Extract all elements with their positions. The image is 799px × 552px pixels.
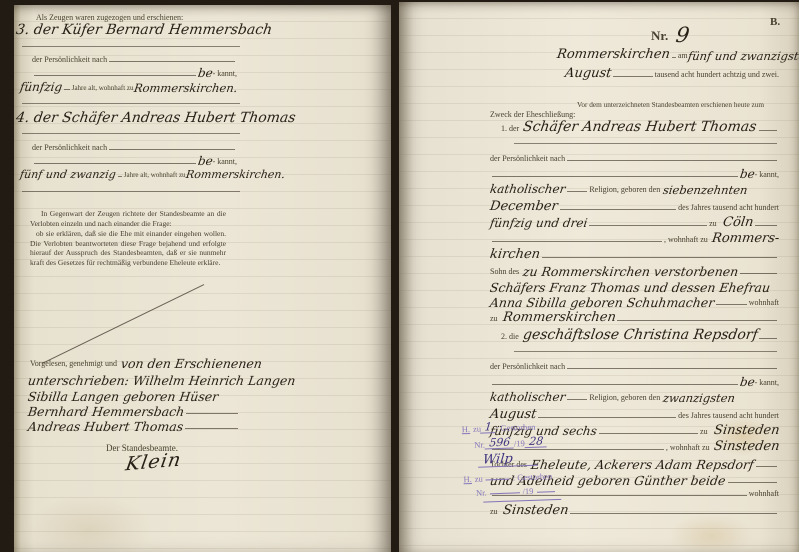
zu-label: zu bbox=[490, 314, 498, 325]
entry-line bbox=[740, 273, 777, 274]
groom-birth-year-words: fünfzig und drei bbox=[489, 217, 588, 230]
witness4-name-line: 4. der Schäfer Andreas Hubert Thomas bbox=[16, 111, 295, 126]
groom-residence-part1: Rommers- bbox=[711, 232, 780, 246]
signature-line: Bernhard Hemmersbach bbox=[28, 405, 240, 418]
groom-parents-row-4: zu Rommerskirchen bbox=[490, 311, 779, 325]
entry-line bbox=[22, 191, 240, 192]
persoenlichkeit-label: der Persönlichkeit nach bbox=[32, 55, 107, 66]
entry-line bbox=[716, 304, 746, 305]
entry-line bbox=[542, 257, 777, 258]
groom-residence-part2: kirchen bbox=[489, 248, 541, 262]
groom-bekannt-row: be - kannt, bbox=[490, 168, 779, 181]
bride-bekannt-row: be - kannt, bbox=[490, 376, 779, 389]
record-number-row: Nr. 9 bbox=[651, 24, 690, 46]
entry-line bbox=[589, 225, 707, 226]
stamp-zu-label: zu bbox=[475, 474, 483, 484]
entry-line bbox=[64, 89, 70, 90]
groom-parents-text-2: Schäfers Franz Thomas und dessen Ehefrau bbox=[489, 281, 771, 294]
groom-birth-year-row: fünfzig und drei zu Cöln bbox=[490, 216, 779, 230]
signature-langen-sibilla: Sibilla Langen geboren Hüser bbox=[27, 390, 219, 403]
signature-line: Andreas Hubert Thomas bbox=[28, 420, 240, 433]
groom-religion-row: katholischer Religion, geboren den siebe… bbox=[490, 183, 779, 196]
stamp-signature: Wilp bbox=[478, 452, 539, 468]
zu-label: zu bbox=[700, 427, 708, 438]
stamp-event-label: : Gestorben bbox=[496, 422, 536, 433]
entry-line bbox=[118, 176, 122, 177]
signature-line: Sibilla Langen geboren Hüser bbox=[28, 390, 218, 403]
margin-reference-stamp: H. zu 1 : Gestorben Nr. 596 /19 28 Wilp … bbox=[462, 418, 595, 510]
stamp-blank-line bbox=[483, 499, 561, 503]
bekannt-handwritten: be bbox=[197, 155, 214, 168]
right-page: B. Nr. 9 Rommerskirchen am fünf und zwan… bbox=[399, 2, 799, 552]
stamp-event-label: : Gestorben bbox=[513, 471, 553, 482]
stamp-blank-line bbox=[486, 479, 510, 481]
kannt-label: - kannt, bbox=[755, 378, 779, 389]
religion-suffix-label: Religion, geboren den bbox=[589, 185, 660, 196]
witness3-name: 3. der Küfer Bernard Hemmersbach bbox=[15, 23, 273, 38]
closing-handwritten: von den Erschienenen bbox=[120, 357, 263, 370]
witness4-persoenlichkeit-row: der Persönlichkeit nach bbox=[32, 143, 237, 154]
date-row-1: Rommerskirchen am fünf und zwanzigsten bbox=[557, 48, 779, 62]
am-label: am bbox=[678, 51, 688, 62]
stamp-row-1: H. zu 1 : Gestorben bbox=[462, 418, 592, 435]
witness4-age: fünf und zwanzig bbox=[19, 169, 116, 181]
left-page: Als Zeugen waren zugezogen und erschiene… bbox=[14, 5, 391, 552]
groom-name-row: 1. der Schäfer Andreas Hubert Thomas bbox=[501, 120, 779, 135]
record-month: August bbox=[564, 67, 612, 81]
entry-line bbox=[538, 417, 676, 418]
bekannt-handwritten: be bbox=[739, 168, 756, 181]
record-day: fünf und zwanzigsten bbox=[687, 50, 799, 62]
record-number-value: 9 bbox=[675, 24, 691, 46]
groom-persoenlichkeit-row: der Persönlichkeit nach bbox=[490, 154, 779, 165]
stamp-year-value: 28 bbox=[524, 435, 547, 448]
wohnhaft-label: wohnhaft bbox=[749, 489, 779, 500]
bride-name-row: 2. die geschäftslose Christina Repsdorf bbox=[501, 328, 779, 343]
intro-line-1: Vor dem unterzeichneten Standesbeamten e… bbox=[577, 100, 764, 111]
declaration-paragraph-2: ob sie erklären, daß sie die Ehe mit ein… bbox=[30, 229, 226, 267]
closing-printed: Vorgelesen, genehmigt und bbox=[30, 359, 117, 370]
entry-line bbox=[186, 413, 238, 414]
bride-birth-place: Sinsteden bbox=[713, 424, 780, 438]
witness3-age-row: fünfzig Jahre alt, wohnhaft zu Rommerski… bbox=[20, 81, 237, 94]
entry-line bbox=[109, 149, 235, 150]
kannt-label: - kannt, bbox=[213, 69, 237, 80]
stamp-entry-number: 1 bbox=[480, 421, 496, 434]
groom-residence-row-2: kirchen bbox=[490, 248, 779, 262]
stamp-blank-line bbox=[490, 492, 520, 494]
witness3-residence: Rommerskirchen. bbox=[133, 82, 238, 94]
stamp-row-6 bbox=[480, 498, 594, 506]
entry-line bbox=[617, 320, 777, 321]
persoenlichkeit-label: der Persönlichkeit nach bbox=[490, 362, 565, 373]
entry-line bbox=[492, 384, 738, 385]
entry-line bbox=[567, 191, 587, 192]
stamp-row-2: Nr. 596 /19 28 bbox=[474, 434, 592, 450]
stamp-nr-label: Nr. bbox=[476, 487, 487, 497]
entry-line bbox=[34, 163, 196, 164]
zu-label: zu bbox=[709, 219, 717, 230]
age-suffix-label: Jahre alt, wohnhaft zu bbox=[124, 171, 186, 181]
entry-line bbox=[514, 143, 777, 144]
birth-year-prefix-label: des Jahres tausend acht hundert bbox=[678, 411, 779, 422]
witness4-residence: Rommerskirchen. bbox=[185, 169, 286, 181]
entry-line bbox=[755, 225, 777, 226]
form-letter-row: B. bbox=[770, 16, 780, 30]
stamp-slash19-label: /19 bbox=[514, 438, 525, 448]
declaration-paragraph-1: In Gegenwart der Zeugen richtete der Sta… bbox=[30, 209, 226, 228]
stamp-row-3: Wilp bbox=[479, 450, 593, 468]
bride-index-label: 2. die bbox=[501, 332, 519, 343]
cancellation-stroke bbox=[42, 284, 204, 364]
entry-line bbox=[560, 209, 676, 210]
stamp-h-label: H. bbox=[462, 424, 471, 434]
bride-name: geschäftslose Christina Repsdorf bbox=[522, 328, 759, 343]
groom-parents-residence: Rommerskirchen bbox=[502, 311, 617, 325]
witness4-age-row: fünf und zwanzig Jahre alt, wohnhaft zu … bbox=[20, 169, 237, 181]
bride-birth-day: zwanzigsten bbox=[662, 392, 736, 404]
groom-parents-row-3: Anna Sibilla geboren Schuhmacher wohnhaf… bbox=[490, 296, 779, 309]
age-suffix-label: Jahre alt, wohnhaft zu bbox=[72, 84, 134, 94]
wohnhaft-label: wohnhaft bbox=[749, 298, 779, 309]
bekannt-handwritten: be bbox=[197, 67, 214, 80]
registrar-signature-row: Klein bbox=[126, 453, 181, 473]
entry-line bbox=[567, 160, 777, 161]
witness3-bekannt-row: be - kannt, bbox=[32, 67, 237, 80]
stamp-row-5: Nr. /19 bbox=[476, 484, 594, 498]
intro-row-1: Vor dem unterzeichneten Standesbeamten e… bbox=[577, 100, 764, 111]
witness3-name-line: 3. der Küfer Bernard Hemmersbach bbox=[16, 23, 272, 38]
bride-religion-row: katholischer Religion, geboren den zwanz… bbox=[490, 391, 779, 404]
entry-line bbox=[672, 57, 676, 58]
groom-parents-text-3: Anna Sibilla geboren Schuhmacher bbox=[489, 296, 715, 309]
groom-name: Schäfer Andreas Hubert Thomas bbox=[522, 120, 757, 135]
groom-index-label: 1. der bbox=[501, 124, 519, 135]
entry-line bbox=[567, 399, 587, 400]
signature-thomas: Andreas Hubert Thomas bbox=[27, 420, 184, 433]
bride-persoenlichkeit-row: der Persönlichkeit nach bbox=[490, 362, 779, 373]
wohnhaft-label: , wohnhaft zu bbox=[664, 235, 708, 246]
witness3-persoenlichkeit-row: der Persönlichkeit nach bbox=[32, 55, 237, 66]
stamp-nr-value: 596 bbox=[484, 436, 514, 449]
kannt-label: - kannt, bbox=[213, 157, 237, 168]
entry-line bbox=[728, 482, 777, 483]
bekannt-handwritten: be bbox=[739, 376, 756, 389]
signature-line: unterschrieben: Wilhelm Heinrich Langen bbox=[28, 374, 295, 387]
stamp-blank-line bbox=[536, 491, 554, 493]
entry-line bbox=[492, 241, 662, 242]
form-letter-b: B. bbox=[770, 16, 780, 30]
stamp-slash19-label: /19 bbox=[522, 486, 533, 496]
record-year-printed: tausend acht hundert achtzig und zwei. bbox=[655, 70, 779, 81]
sohn-des-label: Sohn des bbox=[490, 267, 519, 278]
entry-line bbox=[567, 368, 777, 369]
witness4-bekannt-row: be - kannt, bbox=[32, 155, 237, 168]
persoenlichkeit-label: der Persönlichkeit nach bbox=[32, 143, 107, 154]
groom-parents-row-1: Sohn des zu Rommerskirchen verstorbenen bbox=[490, 265, 779, 278]
groom-residence-row-1: , wohnhaft zu Rommers- bbox=[490, 232, 779, 246]
groom-parents-text-1: zu Rommerskirchen verstorbenen bbox=[522, 265, 739, 278]
groom-birth-month: December bbox=[489, 200, 559, 214]
birth-year-prefix-label: des Jahres tausend acht hundert bbox=[678, 203, 779, 214]
witness4-name: 4. der Schäfer Andreas Hubert Thomas bbox=[15, 111, 297, 126]
wohnhaft-label: , wohnhaft zu bbox=[666, 443, 710, 454]
entry-line bbox=[613, 76, 652, 77]
record-place: Rommerskirchen bbox=[556, 48, 671, 62]
signature-hemmersbach: Bernhard Hemmersbach bbox=[27, 405, 185, 418]
entry-line bbox=[492, 176, 738, 177]
stamp-nr-label: Nr. bbox=[474, 439, 485, 449]
entry-line bbox=[599, 433, 698, 434]
religion-suffix-label: Religion, geboren den bbox=[589, 393, 660, 404]
entry-line bbox=[185, 428, 238, 429]
groom-birth-month-row: December des Jahres tausend acht hundert bbox=[490, 200, 779, 214]
entry-line bbox=[22, 133, 240, 134]
entry-line bbox=[22, 103, 240, 104]
record-number-label: Nr. bbox=[651, 28, 668, 46]
entry-line bbox=[109, 61, 235, 62]
entry-line bbox=[570, 513, 777, 514]
kannt-label: - kannt, bbox=[755, 170, 779, 181]
entry-line bbox=[759, 338, 777, 339]
stamp-h-label: H. bbox=[463, 474, 472, 484]
witness3-age: fünfzig bbox=[19, 81, 63, 94]
groom-religion: katholischer bbox=[489, 183, 566, 196]
signature-langen-wilhelm: unterschrieben: Wilhelm Heinrich Langen bbox=[27, 374, 296, 387]
entry-line bbox=[759, 130, 777, 131]
bride-religion: katholischer bbox=[489, 391, 566, 404]
groom-birth-day: siebenzehnten bbox=[662, 184, 748, 196]
entry-line bbox=[756, 466, 777, 467]
closing-row: Vorgelesen, genehmigt und von den Erschi… bbox=[30, 357, 262, 370]
registrar-signature: Klein bbox=[124, 451, 183, 476]
stamp-row-4: H. zu : Gestorben bbox=[463, 470, 593, 485]
entry-line bbox=[514, 351, 777, 352]
bride-residence: Sinsteden bbox=[713, 440, 780, 454]
date-row-2: August tausend acht hundert achtzig und … bbox=[565, 67, 779, 81]
groom-parents-row-2: Schäfers Franz Thomas und dessen Ehefrau bbox=[490, 281, 779, 294]
persoenlichkeit-label: der Persönlichkeit nach bbox=[490, 154, 565, 165]
entry-line bbox=[22, 46, 240, 47]
groom-birth-place: Cöln bbox=[722, 216, 754, 230]
entry-line bbox=[34, 75, 196, 76]
register-book-scan: Als Zeugen waren zugezogen und erschiene… bbox=[0, 0, 799, 552]
